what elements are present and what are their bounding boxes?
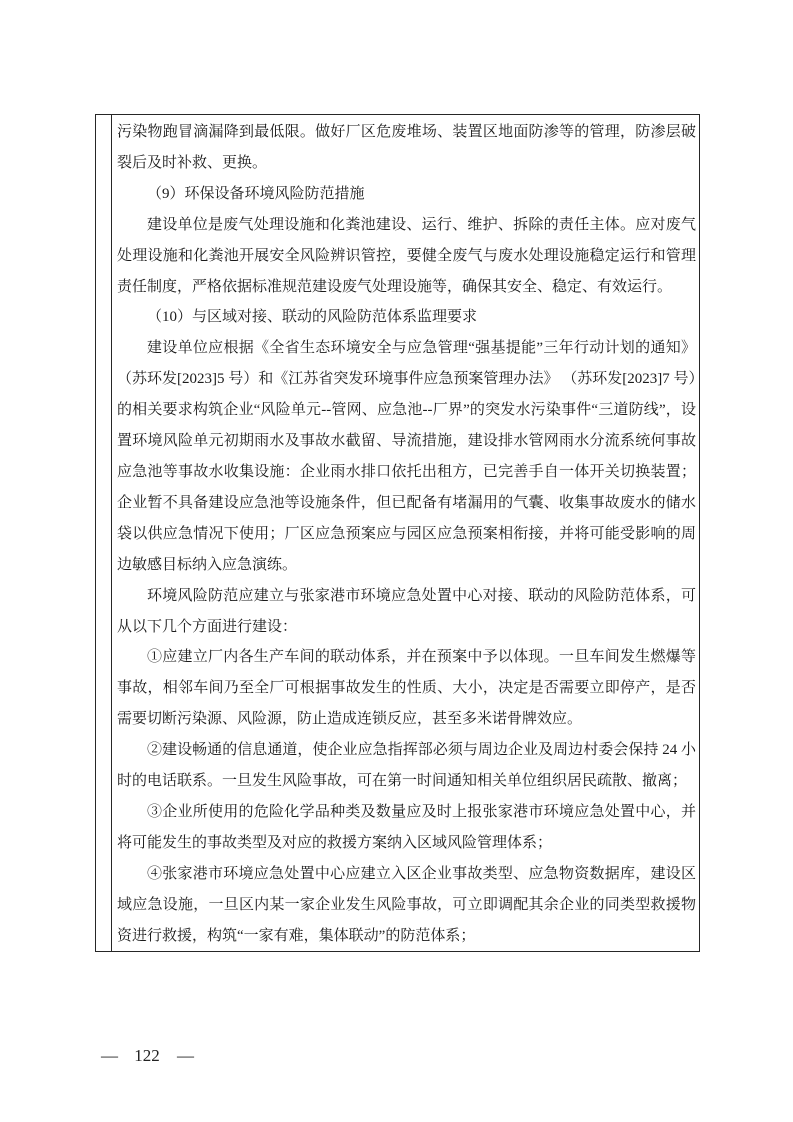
paragraph-body-9: 建设单位是废气处理设施和化粪池建设、运行、维护、拆除的责任主体。应对废气处理设施…: [117, 210, 696, 303]
paragraph-item-4: ④张家港市环境应急处置中心应建立入区企业事故类型、应急物资数据库，建设区域应急设…: [117, 859, 696, 951]
paragraph-item-2: ②建设畅通的信息通道，使企业应急指挥部必须与周边企业及周边村委会保持 24 小时…: [117, 735, 696, 797]
paragraph-item-3: ③企业所使用的危险化学品种类及数量应及时上报张家港市环境应急处置中心，并将可能发…: [117, 797, 696, 859]
footer-dash-right: —: [177, 1046, 193, 1066]
page-number: 122: [134, 1046, 160, 1066]
content-table: 污染物跑冒滴漏降到最低限。做好厂区危废堆场、装置区地面防渗等的管理，防渗层破裂后…: [95, 114, 700, 952]
paragraph-heading-10: （10）与区域对接、联动的风险防范体系监理要求: [117, 302, 696, 333]
table-gutter-cell: [96, 115, 112, 951]
paragraph-continuation: 污染物跑冒滴漏降到最低限。做好厂区危废堆场、装置区地面防渗等的管理，防渗层破裂后…: [117, 117, 696, 179]
paragraph-heading-9: （9）环保设备环境风险防范措施: [117, 179, 696, 210]
paragraph-item-1: ①应建立厂内各生产车间的联动体系，并在预案中予以体现。一旦车间发生燃爆等事故，相…: [117, 642, 696, 735]
table-content-cell: 污染物跑冒滴漏降到最低限。做好厂区危废堆场、装置区地面防渗等的管理，防渗层破裂后…: [112, 115, 699, 951]
paragraph-body-10-requirements: 建设单位应根据《全省生态环境安全与应急管理“强基提能”三年行动计划的通知》（苏环…: [117, 333, 696, 580]
page-footer: — 122 —: [101, 1046, 193, 1066]
footer-dash-left: —: [101, 1046, 117, 1066]
paragraph-body-10-linkage-intro: 环境风险防范应建立与张家港市环境应急处置中心对接、联动的风险防范体系，可从以下几…: [117, 581, 696, 643]
